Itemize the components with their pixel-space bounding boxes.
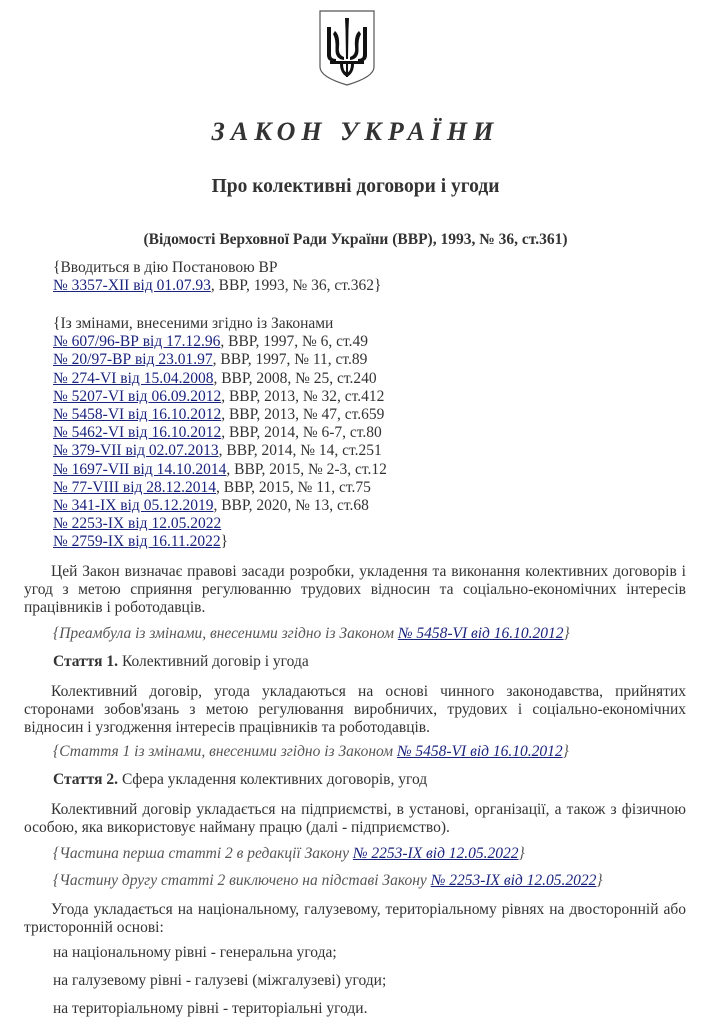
article-1-text: Колективний договір, угода укладаються н… xyxy=(24,683,686,738)
amendment-item: № 1697-VII від 14.10.2014, ВВР, 2015, № … xyxy=(53,461,387,479)
enactment-note: {Вводиться в дію Постановою ВР № 3357-XI… xyxy=(53,259,381,295)
amendments-list: {Із змінами, внесеними згідно із Законам… xyxy=(53,315,387,552)
amendment-item: № 2759-IX від 16.11.2022} xyxy=(53,533,387,551)
article-2-note-2-link[interactable]: № 2253-IX від 12.05.2022 xyxy=(431,872,597,889)
article-2-title: Сфера укладення колективних договорів, у… xyxy=(118,771,427,788)
amendment-link[interactable]: № 379-VII від 02.07.2013 xyxy=(53,442,219,459)
amendment-item: № 607/96-ВР від 17.12.96, ВВР, 1997, № 6… xyxy=(53,333,387,351)
level-item-territorial: на територіальному рівні - територіальні… xyxy=(53,1000,367,1018)
amendment-link[interactable]: № 274-VI від 15.04.2008 xyxy=(53,370,213,387)
amendment-link[interactable]: № 1697-VII від 14.10.2014 xyxy=(53,461,226,478)
article-1-amendment-note: {Стаття 1 із змінами, внесеними згідно і… xyxy=(53,743,569,761)
amendment-link[interactable]: № 341-IX від 05.12.2019 xyxy=(53,497,213,514)
amendment-item: № 77-VIII від 28.12.2014, ВВР, 2015, № 1… xyxy=(53,479,387,497)
note-text: {Стаття 1 із змінами, внесеними згідно і… xyxy=(53,743,397,760)
amendment-source: , ВВР, 1997, № 11, ст.89 xyxy=(213,351,368,368)
amendment-item: № 5207-VI від 06.09.2012, ВВР, 2013, № 3… xyxy=(53,388,387,406)
amendment-link[interactable]: № 607/96-ВР від 17.12.96 xyxy=(53,333,220,350)
amendment-source: , ВВР, 1997, № 6, ст.49 xyxy=(220,333,368,350)
amendment-source: , ВВР, 2014, № 14, ст.251 xyxy=(219,442,382,459)
level-item-national: на національному рівні - генеральна угод… xyxy=(53,944,337,962)
amendments-prefix: {Із змінами, внесеними згідно із Законам… xyxy=(53,315,333,332)
amendment-item: № 5458-VI від 16.10.2012, ВВР, 2013, № 4… xyxy=(53,406,387,424)
amendment-source: , ВВР, 2013, № 47, ст.659 xyxy=(221,406,384,423)
note-text: } xyxy=(564,625,570,642)
amendment-source: , ВВР, 2020, № 13, ст.68 xyxy=(213,497,368,514)
note-text: {Частину другу статті 2 виключено на під… xyxy=(53,872,431,889)
enactment-suffix: , ВВР, 1993, № 36, ст.362} xyxy=(211,277,382,294)
article-2-label: Стаття 2. xyxy=(53,771,118,788)
amendment-source: , ВВР, 2015, № 11, ст.75 xyxy=(216,479,371,496)
amendment-link[interactable]: № 2759-IX від 16.11.2022 xyxy=(53,533,221,550)
enactment-prefix: {Вводиться в дію Постановою ВР xyxy=(53,259,278,276)
amendment-link[interactable]: № 5207-VI від 06.09.2012 xyxy=(53,388,221,405)
amendment-link[interactable]: № 2253-IX від 12.05.2022 xyxy=(53,515,221,532)
amendment-link[interactable]: № 5458-VI від 16.10.2012 xyxy=(53,406,221,423)
preamble-note-link[interactable]: № 5458-VI від 16.10.2012 xyxy=(398,625,564,642)
note-text: } xyxy=(563,743,569,760)
amendment-item: № 379-VII від 02.07.2013, ВВР, 2014, № 1… xyxy=(53,442,387,460)
article-2-heading: Стаття 2. Сфера укладення колективних до… xyxy=(53,771,427,789)
article-1-heading: Стаття 1. Колективний договір і угода xyxy=(53,653,309,671)
article-2-note-1: {Частина перша статті 2 в редакції Закон… xyxy=(53,845,525,863)
amendment-link[interactable]: № 5462-VI від 16.10.2012 xyxy=(53,424,221,441)
preamble-text: Цей Закон визначає правові засади розроб… xyxy=(24,563,686,618)
law-source: (Відомості Верховної Ради України (ВВР),… xyxy=(0,231,711,249)
note-text: } xyxy=(519,845,525,862)
article-2-text: Колективний договір укладається на підпр… xyxy=(24,801,686,837)
article-1-title: Колективний договір і угода xyxy=(118,653,309,670)
agreement-text: Угода укладається на національному, галу… xyxy=(24,901,686,937)
amendment-source: } xyxy=(221,533,228,550)
note-text: {Преамбула із змінами, внесеними згідно … xyxy=(53,625,398,642)
amendment-item: № 5462-VI від 16.10.2012, ВВР, 2014, № 6… xyxy=(53,424,387,442)
article-2-note-1-link[interactable]: № 2253-IX від 12.05.2022 xyxy=(353,845,519,862)
amendment-link[interactable]: № 20/97-ВР від 23.01.97 xyxy=(53,351,213,368)
amendment-item: № 274-VI від 15.04.2008, ВВР, 2008, № 25… xyxy=(53,370,387,388)
article-1-label: Стаття 1. xyxy=(53,653,118,670)
enactment-link[interactable]: № 3357-XII від 01.07.93 xyxy=(53,277,211,294)
article-1-note-link[interactable]: № 5458-VI від 16.10.2012 xyxy=(397,743,563,760)
amendment-source: , ВВР, 2008, № 25, ст.240 xyxy=(213,370,376,387)
amendment-source: , ВВР, 2015, № 2-3, ст.12 xyxy=(226,461,387,478)
amendment-source: , ВВР, 2013, № 32, ст.412 xyxy=(221,388,384,405)
note-text: {Частина перша статті 2 в редакції Закон… xyxy=(53,845,353,862)
amendment-item: № 20/97-ВР від 23.01.97, ВВР, 1997, № 11… xyxy=(53,351,387,369)
preamble-amendment-note: {Преамбула із змінами, внесеними згідно … xyxy=(53,625,570,643)
note-text: } xyxy=(596,872,602,889)
amendment-item: № 2253-IX від 12.05.2022 xyxy=(53,515,387,533)
amendment-source: , ВВР, 2014, № 6-7, ст.80 xyxy=(221,424,382,441)
level-item-sectoral: на галузевому рівні - галузеві (міжгалуз… xyxy=(53,972,386,990)
ukraine-coat-of-arms-icon xyxy=(318,9,376,87)
law-title: ЗАКОН УКРАЇНИ xyxy=(0,117,711,147)
amendment-link[interactable]: № 77-VIII від 28.12.2014 xyxy=(53,479,216,496)
amendment-item: № 341-IX від 05.12.2019, ВВР, 2020, № 13… xyxy=(53,497,387,515)
law-subtitle: Про колективні договори і угоди xyxy=(0,176,711,198)
article-2-note-2: {Частину другу статті 2 виключено на під… xyxy=(53,872,603,890)
